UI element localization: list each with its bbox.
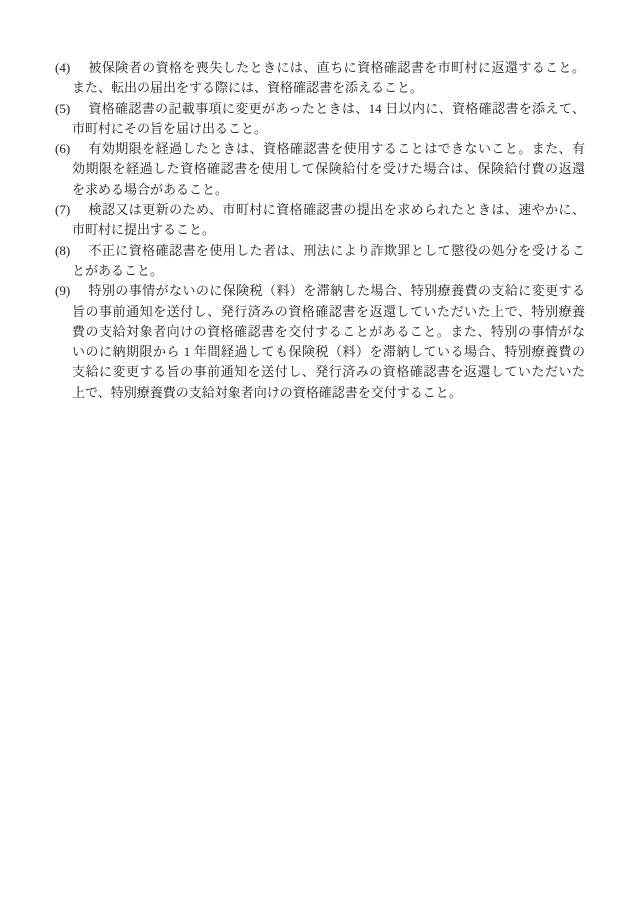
item-number: (9) bbox=[55, 281, 88, 301]
item-line: (7)検認又は更新のため、市町村に資格確認書の提出を求められたときは、速やかに、 bbox=[55, 200, 585, 220]
item-number: (4) bbox=[55, 58, 88, 78]
item-line: (5)資格確認書の記載事項に変更があったときは、14 日以内に、資格確認書を添え… bbox=[55, 99, 585, 119]
item-text: 有効期限を経過したときは、資格確認書を使用することはできないこと。また、有 bbox=[88, 141, 585, 156]
item-text: 資格確認書の記載事項に変更があったときは、14 日以内に、資格確認書を添えて、 bbox=[88, 101, 585, 116]
list-item-4: (4)被保険者の資格を喪失したときには、直ちに資格確認書を市町村に返還すること。… bbox=[55, 58, 585, 99]
item-line: (9)特別の事情がないのに保険税（料）を滞納した場合、特別療養費の支給に変更する bbox=[55, 281, 585, 301]
item-text: 被保険者の資格を喪失したときには、直ちに資格確認書を市町村に返還すること。 bbox=[88, 60, 585, 75]
item-line: とがあること。 bbox=[72, 261, 585, 281]
item-line: いのに納期限から 1 年間経過しても保険税（料）を滞納している場合、特別療養費の bbox=[72, 342, 585, 362]
document-page: (4)被保険者の資格を喪失したときには、直ちに資格確認書を市町村に返還すること。… bbox=[0, 0, 630, 903]
item-number: (5) bbox=[55, 99, 88, 119]
item-line: 上で、特別療養費の支給対象者向けの資格確認書を交付すること。 bbox=[72, 383, 585, 403]
item-line: 支給に変更する旨の事前通知を送付し、発行済みの資格確認書を返還していただいた bbox=[72, 362, 585, 382]
item-line: を求める場合があること。 bbox=[72, 180, 585, 200]
item-text: 特別の事情がないのに保険税（料）を滞納した場合、特別療養費の支給に変更する bbox=[88, 283, 585, 298]
item-line: (6)有効期限を経過したときは、資格確認書を使用することはできないこと。また、有 bbox=[55, 139, 585, 159]
list-item-9: (9)特別の事情がないのに保険税（料）を滞納した場合、特別療養費の支給に変更する… bbox=[55, 281, 585, 403]
item-text: 不正に資格確認書を使用した者は、刑法により詐欺罪として懲役の処分を受けるこ bbox=[88, 243, 585, 258]
item-number: (6) bbox=[55, 139, 88, 159]
list-item-5: (5)資格確認書の記載事項に変更があったときは、14 日以内に、資格確認書を添え… bbox=[55, 99, 585, 140]
item-line: また、転出の届出をする際には、資格確認書を添えること。 bbox=[72, 78, 585, 98]
list-item-8: (8)不正に資格確認書を使用した者は、刑法により詐欺罪として懲役の処分を受けるこ… bbox=[55, 241, 585, 282]
item-line: (8)不正に資格確認書を使用した者は、刑法により詐欺罪として懲役の処分を受けるこ bbox=[55, 241, 585, 261]
item-number: (8) bbox=[55, 241, 88, 261]
item-line: 市町村に提出すること。 bbox=[72, 220, 585, 240]
item-line: 市町村にその旨を届け出ること。 bbox=[72, 119, 585, 139]
item-line: (4)被保険者の資格を喪失したときには、直ちに資格確認書を市町村に返還すること。 bbox=[55, 58, 585, 78]
list-item-6: (6)有効期限を経過したときは、資格確認書を使用することはできないこと。また、有… bbox=[55, 139, 585, 200]
item-line: 旨の事前通知を送付し、発行済みの資格確認書を返還していただいた上で、特別療養 bbox=[72, 302, 585, 322]
item-line: 効期限を経過した資格確認書を使用して保険給付を受けた場合は、保険給付費の返還 bbox=[72, 159, 585, 179]
item-line: 費の支給対象者向けの資格確認書を交付することがあること。また、特別の事情がな bbox=[72, 322, 585, 342]
list-item-7: (7)検認又は更新のため、市町村に資格確認書の提出を求められたときは、速やかに、… bbox=[55, 200, 585, 241]
item-number: (7) bbox=[55, 200, 88, 220]
notice-list: (4)被保険者の資格を喪失したときには、直ちに資格確認書を市町村に返還すること。… bbox=[55, 58, 585, 403]
item-text: 検認又は更新のため、市町村に資格確認書の提出を求められたときは、速やかに、 bbox=[88, 202, 585, 217]
